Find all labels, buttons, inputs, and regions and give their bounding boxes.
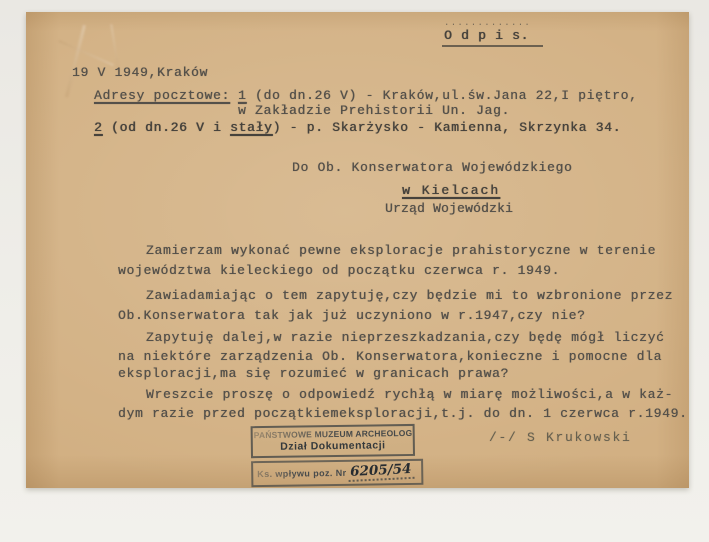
address-line-1-continuation: w Zakładzie Prehistorii Un. Jag. (238, 104, 510, 117)
address-1-cont-text: Zakładzie Prehistorii Un. Jag. (247, 103, 511, 118)
recipient-line-1: Do Ob. Konserwatora Wojewódzkiego (292, 161, 573, 174)
scan-backdrop: ............. O d p i s. 19 V 1949,Krakó… (0, 0, 709, 542)
address-1-number: 1 (238, 88, 247, 103)
address-2-number: 2 (94, 120, 103, 135)
body-line: eksploracji,ma się rozumieć w granicach … (118, 367, 509, 380)
stamp-institution-box: PAŃSTWOWE MUZEUM ARCHEOLOGICZNE Dział Do… (251, 424, 415, 458)
postal-addresses-label: Adresy pocztowe: (94, 88, 230, 103)
body-line: na niektóre zarządzenia Ob. Konserwatora… (118, 350, 662, 363)
body-line: Wreszcie proszę o odpowiedź rychłą w mia… (146, 388, 673, 401)
recipient-line-2: w Kielcach (402, 184, 500, 197)
signature-line: /-/ S Krukowski (489, 431, 632, 444)
paper-crease (58, 40, 114, 66)
stamp-department: Dział Dokumentacji (254, 439, 412, 453)
copy-heading-text: O d p i s. (442, 28, 543, 47)
stamp-registry-label: Ks. wpływu poz. Nr (257, 468, 346, 479)
address-line-1: Adresy pocztowe:1 (do dn.26 V) - Kraków,… (94, 89, 638, 102)
date-place-line: 19 V 1949,Kraków (72, 66, 208, 79)
stamp-registry-box: Ks. wpływu poz. Nr6205/54 (251, 459, 423, 487)
body-line: dym razie przed początkiemeksploracji,t.… (118, 407, 688, 420)
archive-stamp: PAŃSTWOWE MUZEUM ARCHEOLOGICZNE Dział Do… (251, 424, 424, 487)
body-line: województwa kieleckiego od początku czer… (118, 264, 560, 277)
address-2-text: ) - p. Skarżysko - Kamienna, Skrzynka 34… (273, 120, 622, 135)
stamp-registry-number: 6205/54 (348, 461, 415, 482)
body-line: Zapytuję dalej,w razie nieprzeszkadzania… (146, 331, 665, 344)
paper-crease (65, 25, 86, 98)
copy-heading: O d p i s. (442, 29, 543, 42)
address-2-pre: (od dn.26 V i (103, 120, 231, 135)
address-2-underlined-word: stały (230, 120, 273, 135)
address-1-cont-w: w (238, 103, 247, 118)
recipient-line-3: Urząd Wojewódzki (385, 202, 513, 215)
body-line: Ob.Konserwatora tak jak już uczyniono w … (118, 309, 586, 322)
body-line: Zawiadamiając o tem zapytuję,czy będzie … (146, 289, 673, 302)
body-line: Zamierzam wykonać pewne eksploracje prah… (146, 244, 656, 257)
address-1-text: (do dn.26 V) - Kraków,ul.św.Jana 22,I pi… (247, 88, 638, 103)
address-line-2: 2 (od dn.26 V i stały) - p. Skarżysko - … (94, 121, 621, 134)
